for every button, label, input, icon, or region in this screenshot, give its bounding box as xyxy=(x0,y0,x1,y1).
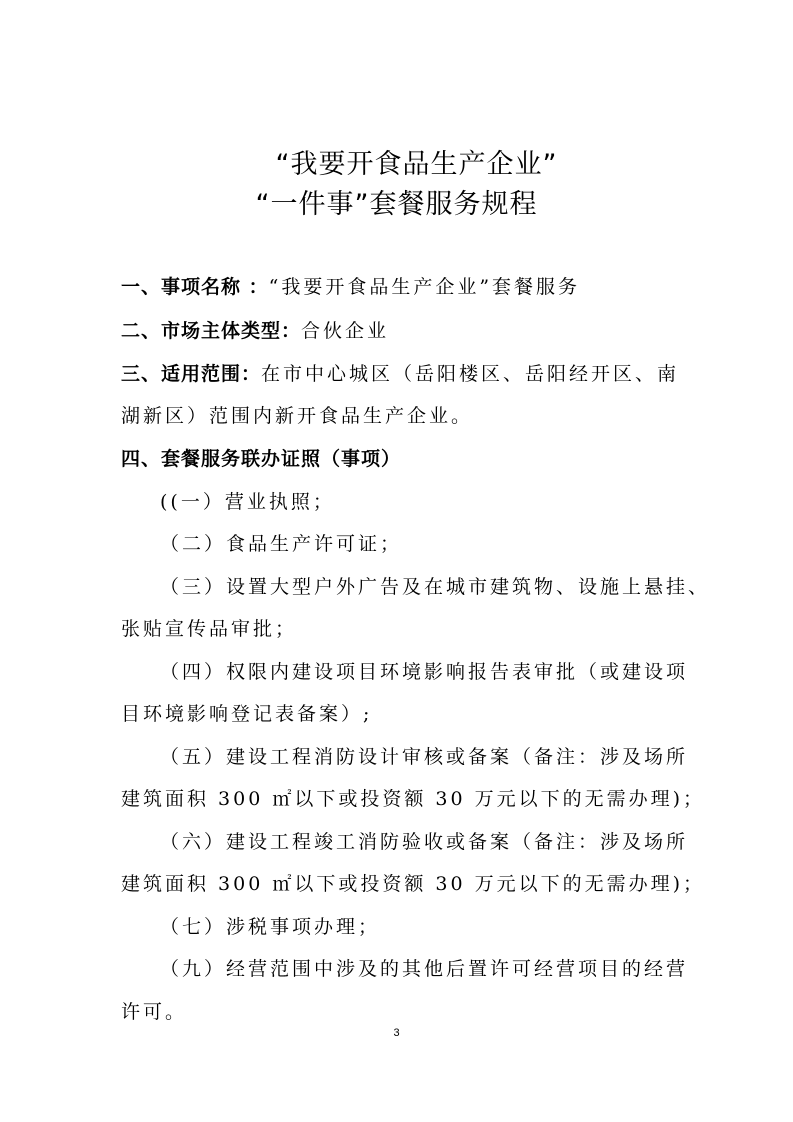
list-item: （九）经营范围中涉及的其他后置许可经营项目的经营 xyxy=(160,954,720,981)
list-item: （七）涉税事项办理； xyxy=(160,912,720,939)
document-title-line2: “一件事”套餐服务规程 xyxy=(0,182,793,221)
list-item-continuation: 建筑面积 300 ㎡以下或投资额 30 万元以下的无需办理)； xyxy=(121,869,681,896)
section-heading: 三、适用范围： xyxy=(121,363,261,385)
section-text: 合伙企业 xyxy=(301,320,389,342)
section-heading: 四、套餐服务联办证照（事项） xyxy=(121,448,401,470)
list-item: （二）食品生产许可证； xyxy=(160,529,720,556)
document-title-line1: “我要开食品生产企业” xyxy=(0,142,793,181)
section-text: 在市中心城区（岳阳楼区、岳阳经开区、南 xyxy=(261,363,679,385)
list-item-continuation: 许可。 xyxy=(121,997,681,1024)
list-item: （五）建设工程消防设计审核或备案（备注：涉及场所 xyxy=(160,742,720,769)
section-item-name: 一、事项名称 ：“我要开食品生产企业”套餐服务 xyxy=(121,272,681,299)
section-heading: 二、市场主体类型： xyxy=(121,320,301,342)
section-scope-continuation: 湖新区）范围内新开食品生产企业。 xyxy=(121,401,681,428)
list-item-continuation: 目环境影响登记表备案）; xyxy=(121,699,681,726)
section-text: “我要开食品生产企业”套餐服务 xyxy=(269,276,580,298)
list-item-continuation: 建筑面积 300 ㎡以下或投资额 30 万元以下的无需办理)； xyxy=(121,784,681,811)
section-entity-type: 二、市场主体类型：合伙企业 xyxy=(121,316,681,343)
list-item: （六）建设工程竣工消防验收或备案（备注：涉及场所 xyxy=(160,827,720,854)
section-licenses: 四、套餐服务联办证照（事项） xyxy=(121,444,681,471)
page-number: 3 xyxy=(0,1027,793,1039)
list-item: （三）设置大型户外广告及在城市建筑物、设施上悬挂、 xyxy=(160,572,720,599)
section-heading: 一、事项名称 ： xyxy=(121,276,269,298)
list-item: ((一）营业执照； xyxy=(160,487,720,514)
list-item-continuation: 张贴宣传品审批； xyxy=(121,614,681,641)
list-item: （四）权限内建设项目环境影响报告表审批（或建设项 xyxy=(160,657,720,684)
section-scope: 三、适用范围：在市中心城区（岳阳楼区、岳阳经开区、南 xyxy=(121,359,681,386)
